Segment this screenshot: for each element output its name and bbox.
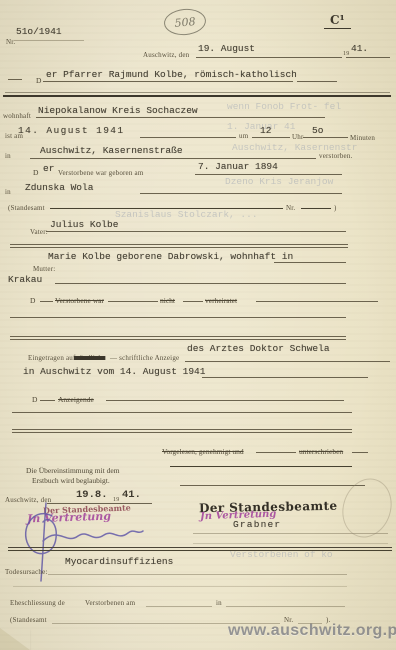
todesursache-label: Todesursache: [5, 568, 48, 576]
d-prefix-4: D [32, 395, 37, 404]
in-label-2: in [5, 188, 11, 196]
cause-of-death-value: Myocardinsuffiziens [65, 556, 173, 567]
marital-verheiratet: verheiratet [205, 296, 237, 305]
d-prefix-3: D [30, 296, 35, 305]
eheschliessung-label: Eheschliessung de [10, 599, 65, 607]
marital-nicht: nicht [160, 296, 175, 305]
entered-label: Eingetragen auf [28, 354, 76, 362]
marriage-in-label: in [216, 599, 222, 607]
right-official-name: Grabner [233, 519, 281, 530]
standesamt-bottom-open: (Standesamt [10, 616, 47, 624]
er-typed: er [43, 163, 54, 174]
standesamt-close: ) [334, 204, 337, 212]
record-date: 19. August [198, 43, 255, 54]
deceased-name: er Pfarrer Rajmund Kolbe, römisch-kathol… [46, 69, 297, 80]
d-prefix-2: D [33, 168, 38, 177]
record-year: 41. [351, 43, 368, 54]
standesamt-open: (Standesamt [8, 204, 45, 212]
place-date-label: Auschwitz, den [143, 51, 189, 59]
in-label: in [5, 152, 11, 160]
father-name: Julius Kolbe [50, 219, 118, 230]
um-label: um [239, 132, 248, 140]
schriftlich-label: — schriftliche Anzeige [110, 354, 179, 362]
mother-residence: Krakau [8, 274, 42, 285]
birth-place: Zdunska Wola [25, 182, 93, 193]
residence-value: Niepokalanow Kreis Sochaczew [38, 105, 198, 116]
watermark: www.auschwitz.org.pl [228, 622, 396, 640]
anzeigende-struck: Anzeigende [58, 395, 94, 404]
page-number-stamp: 508 [163, 7, 207, 37]
bleedthrough-line: wenn Fonob Frot- fel [227, 101, 341, 112]
bleedthrough-line: Dzeno Kris Jeranjow [225, 176, 333, 187]
born-label: Verstorbene war geboren am [58, 169, 143, 177]
standesamt-nr-label: Nr. [286, 204, 295, 212]
verstorben-label: verstorben. [319, 152, 353, 160]
muendlich-struck: mündliche [74, 354, 105, 362]
uhr-label: Uhr [292, 133, 304, 141]
death-hour: 12 [260, 125, 271, 136]
verstorbenen-am-label: Verstorbenen am [85, 599, 135, 607]
notice-line2: in Auschwitz vom 14. August 1941 [23, 366, 205, 377]
birth-date: 7. Januar 1894 [198, 161, 278, 172]
corner-mark: C¹ [324, 13, 351, 29]
mutter-label: Mutter: [33, 265, 55, 273]
death-date: 14. August 1941 [18, 125, 125, 136]
corner-fold [0, 628, 30, 650]
d-prefix: D [36, 76, 41, 85]
death-place: Auschwitz, Kasernenstraße [40, 145, 183, 156]
death-certificate-scan: wenn Fonob Frot- fel 1. Januar 41 Auschw… [0, 0, 396, 650]
bleedthrough-line: Szanislaus Stolczark, ... [115, 209, 258, 220]
notice-by: des Arztes Doktor Schwela [187, 343, 330, 354]
unterschrieben-label: unterschrieben [299, 447, 343, 456]
minuten-label: Minuten [350, 134, 375, 142]
certify-line1: Die Übereinstimmung mit dem [26, 466, 120, 475]
vater-label: Vater: [30, 228, 48, 236]
mother-name: Marie Kolbe geborene Dabrowski, wohnhaft… [48, 251, 293, 262]
certify-line2: Erstbuch wird beglaubigt. [32, 476, 110, 485]
page-number: 508 [174, 15, 196, 30]
death-minutes: 5o [312, 125, 323, 136]
marital-was: Verstorbene war [55, 296, 104, 305]
wohnhaft-label: wohnhaft [3, 112, 31, 120]
registry-number: 51o/1941 [16, 26, 62, 37]
vorgelesen-label: Vorgelesen, genehmigt und [162, 447, 244, 456]
